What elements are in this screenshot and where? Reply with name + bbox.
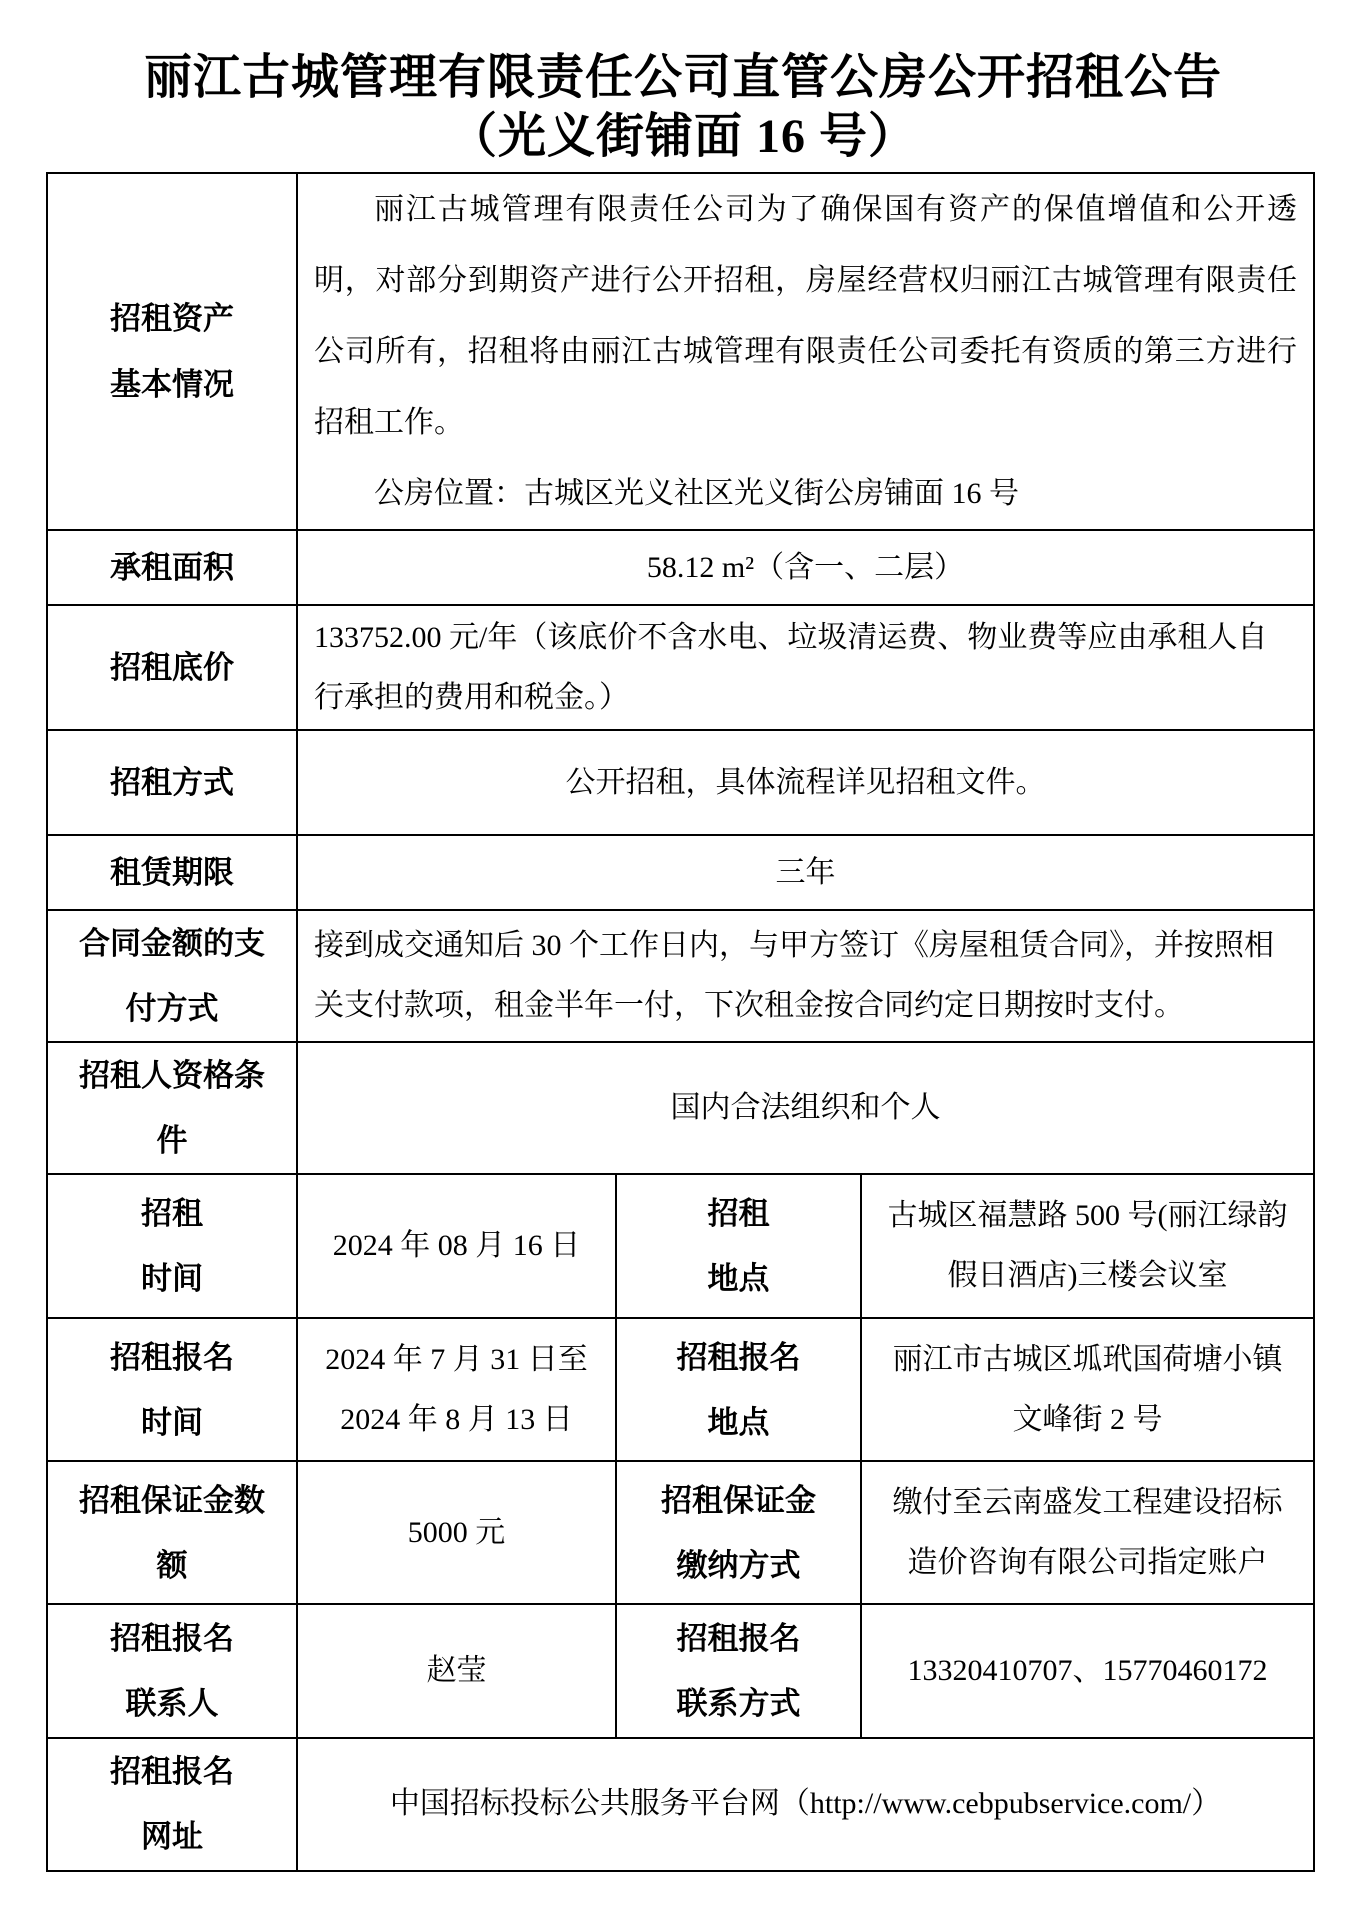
asset-location-line: 公房位置：古城区光义社区光义街公房铺面 16 号 — [314, 458, 1297, 529]
label-lease-term: 租赁期限 — [47, 835, 297, 910]
table-row-base-price: 招租底价 133752.00 元/年（该底价不含水电、垃圾清运费、物业费等应由承… — [47, 605, 1314, 730]
announcement-table: 招租资产 基本情况 丽江古城管理有限责任公司为了确保国有资产的保值增值和公开透明… — [46, 172, 1315, 1872]
cell-contact-person: 赵莹 — [297, 1604, 616, 1738]
table-row-signup-time-place: 招租报名 时间 2024 年 7 月 31 日至 2024 年 8 月 13 日… — [47, 1318, 1314, 1461]
cell-rental-area: 58.12 m²（含一、二层） — [297, 530, 1314, 605]
table-row-deposit: 招租保证金数 额 5000 元 招租保证金 缴纳方式 缴付至云南盛发工程建设招标… — [47, 1461, 1314, 1604]
label-signup-place: 招租报名 地点 — [616, 1318, 861, 1461]
cell-lease-term: 三年 — [297, 835, 1314, 910]
cell-payment-method: 接到成交通知后 30 个工作日内，与甲方签订《房屋租赁合同》，并按照相关支付款项… — [297, 910, 1314, 1042]
label-payment-method: 合同金额的支 付方式 — [47, 910, 297, 1042]
label-signup-time: 招租报名 时间 — [47, 1318, 297, 1461]
cell-signup-website: 中国招标投标公共服务平台网（http://www.cebpubservice.c… — [297, 1738, 1314, 1870]
asset-info-paragraph: 丽江古城管理有限责任公司为了确保国有资产的保值增值和公开透明，对部分到期资产进行… — [314, 174, 1297, 458]
label-base-price: 招租底价 — [47, 605, 297, 730]
cell-rental-method: 公开招租，具体流程详见招租文件。 — [297, 730, 1314, 835]
label-qualification: 招租人资格条 件 — [47, 1042, 297, 1174]
label-asset-info: 招租资产 基本情况 — [47, 173, 297, 530]
title-line-1: 丽江古城管理有限责任公司直管公房公开招租公告 — [0, 48, 1366, 107]
cell-asset-info: 丽江古城管理有限责任公司为了确保国有资产的保值增值和公开透明，对部分到期资产进行… — [297, 173, 1314, 530]
cell-signup-place: 丽江市古城区坬玳国荷塘小镇 文峰街 2 号 — [861, 1318, 1314, 1461]
cell-deposit-amount: 5000 元 — [297, 1461, 616, 1604]
label-deposit-payment: 招租保证金 缴纳方式 — [616, 1461, 861, 1604]
label-rental-place: 招租 地点 — [616, 1174, 861, 1318]
table-row-qualification: 招租人资格条 件 国内合法组织和个人 — [47, 1042, 1314, 1174]
cell-base-price: 133752.00 元/年（该底价不含水电、垃圾清运费、物业费等应由承租人自行承… — [297, 605, 1314, 730]
label-rental-time: 招租 时间 — [47, 1174, 297, 1318]
label-signup-website: 招租报名 网址 — [47, 1738, 297, 1870]
cell-qualification: 国内合法组织和个人 — [297, 1042, 1314, 1174]
label-contact-person: 招租报名 联系人 — [47, 1604, 297, 1738]
cell-rental-place: 古城区福慧路 500 号(丽江绿韵 假日酒店)三楼会议室 — [861, 1174, 1314, 1318]
table-row-rental-area: 承租面积 58.12 m²（含一、二层） — [47, 530, 1314, 605]
table-row-rental-method: 招租方式 公开招租，具体流程详见招租文件。 — [47, 730, 1314, 835]
cell-rental-time: 2024 年 08 月 16 日 — [297, 1174, 616, 1318]
document-page: 丽江古城管理有限责任公司直管公房公开招租公告 （光义街铺面 16 号） 招租资产… — [0, 0, 1366, 1932]
table-row-signup-website: 招租报名 网址 中国招标投标公共服务平台网（http://www.cebpubs… — [47, 1738, 1314, 1870]
table-row-payment-method: 合同金额的支 付方式 接到成交通知后 30 个工作日内，与甲方签订《房屋租赁合同… — [47, 910, 1314, 1042]
label-rental-area: 承租面积 — [47, 530, 297, 605]
table-row-contact: 招租报名 联系人 赵莹 招租报名 联系方式 13320410707、157704… — [47, 1604, 1314, 1738]
cell-deposit-payment: 缴付至云南盛发工程建设招标 造价咨询有限公司指定账户 — [861, 1461, 1314, 1604]
title-line-2: （光义街铺面 16 号） — [0, 107, 1366, 166]
table-row-lease-term: 租赁期限 三年 — [47, 835, 1314, 910]
label-deposit-amount: 招租保证金数 额 — [47, 1461, 297, 1604]
page-title: 丽江古城管理有限责任公司直管公房公开招租公告 （光义街铺面 16 号） — [0, 48, 1366, 166]
label-rental-method: 招租方式 — [47, 730, 297, 835]
label-contact-phone: 招租报名 联系方式 — [616, 1604, 861, 1738]
cell-contact-phone: 13320410707、15770460172 — [861, 1604, 1314, 1738]
table-row-asset-info: 招租资产 基本情况 丽江古城管理有限责任公司为了确保国有资产的保值增值和公开透明… — [47, 173, 1314, 530]
table-row-rental-time-place: 招租 时间 2024 年 08 月 16 日 招租 地点 古城区福慧路 500 … — [47, 1174, 1314, 1318]
cell-signup-time: 2024 年 7 月 31 日至 2024 年 8 月 13 日 — [297, 1318, 616, 1461]
